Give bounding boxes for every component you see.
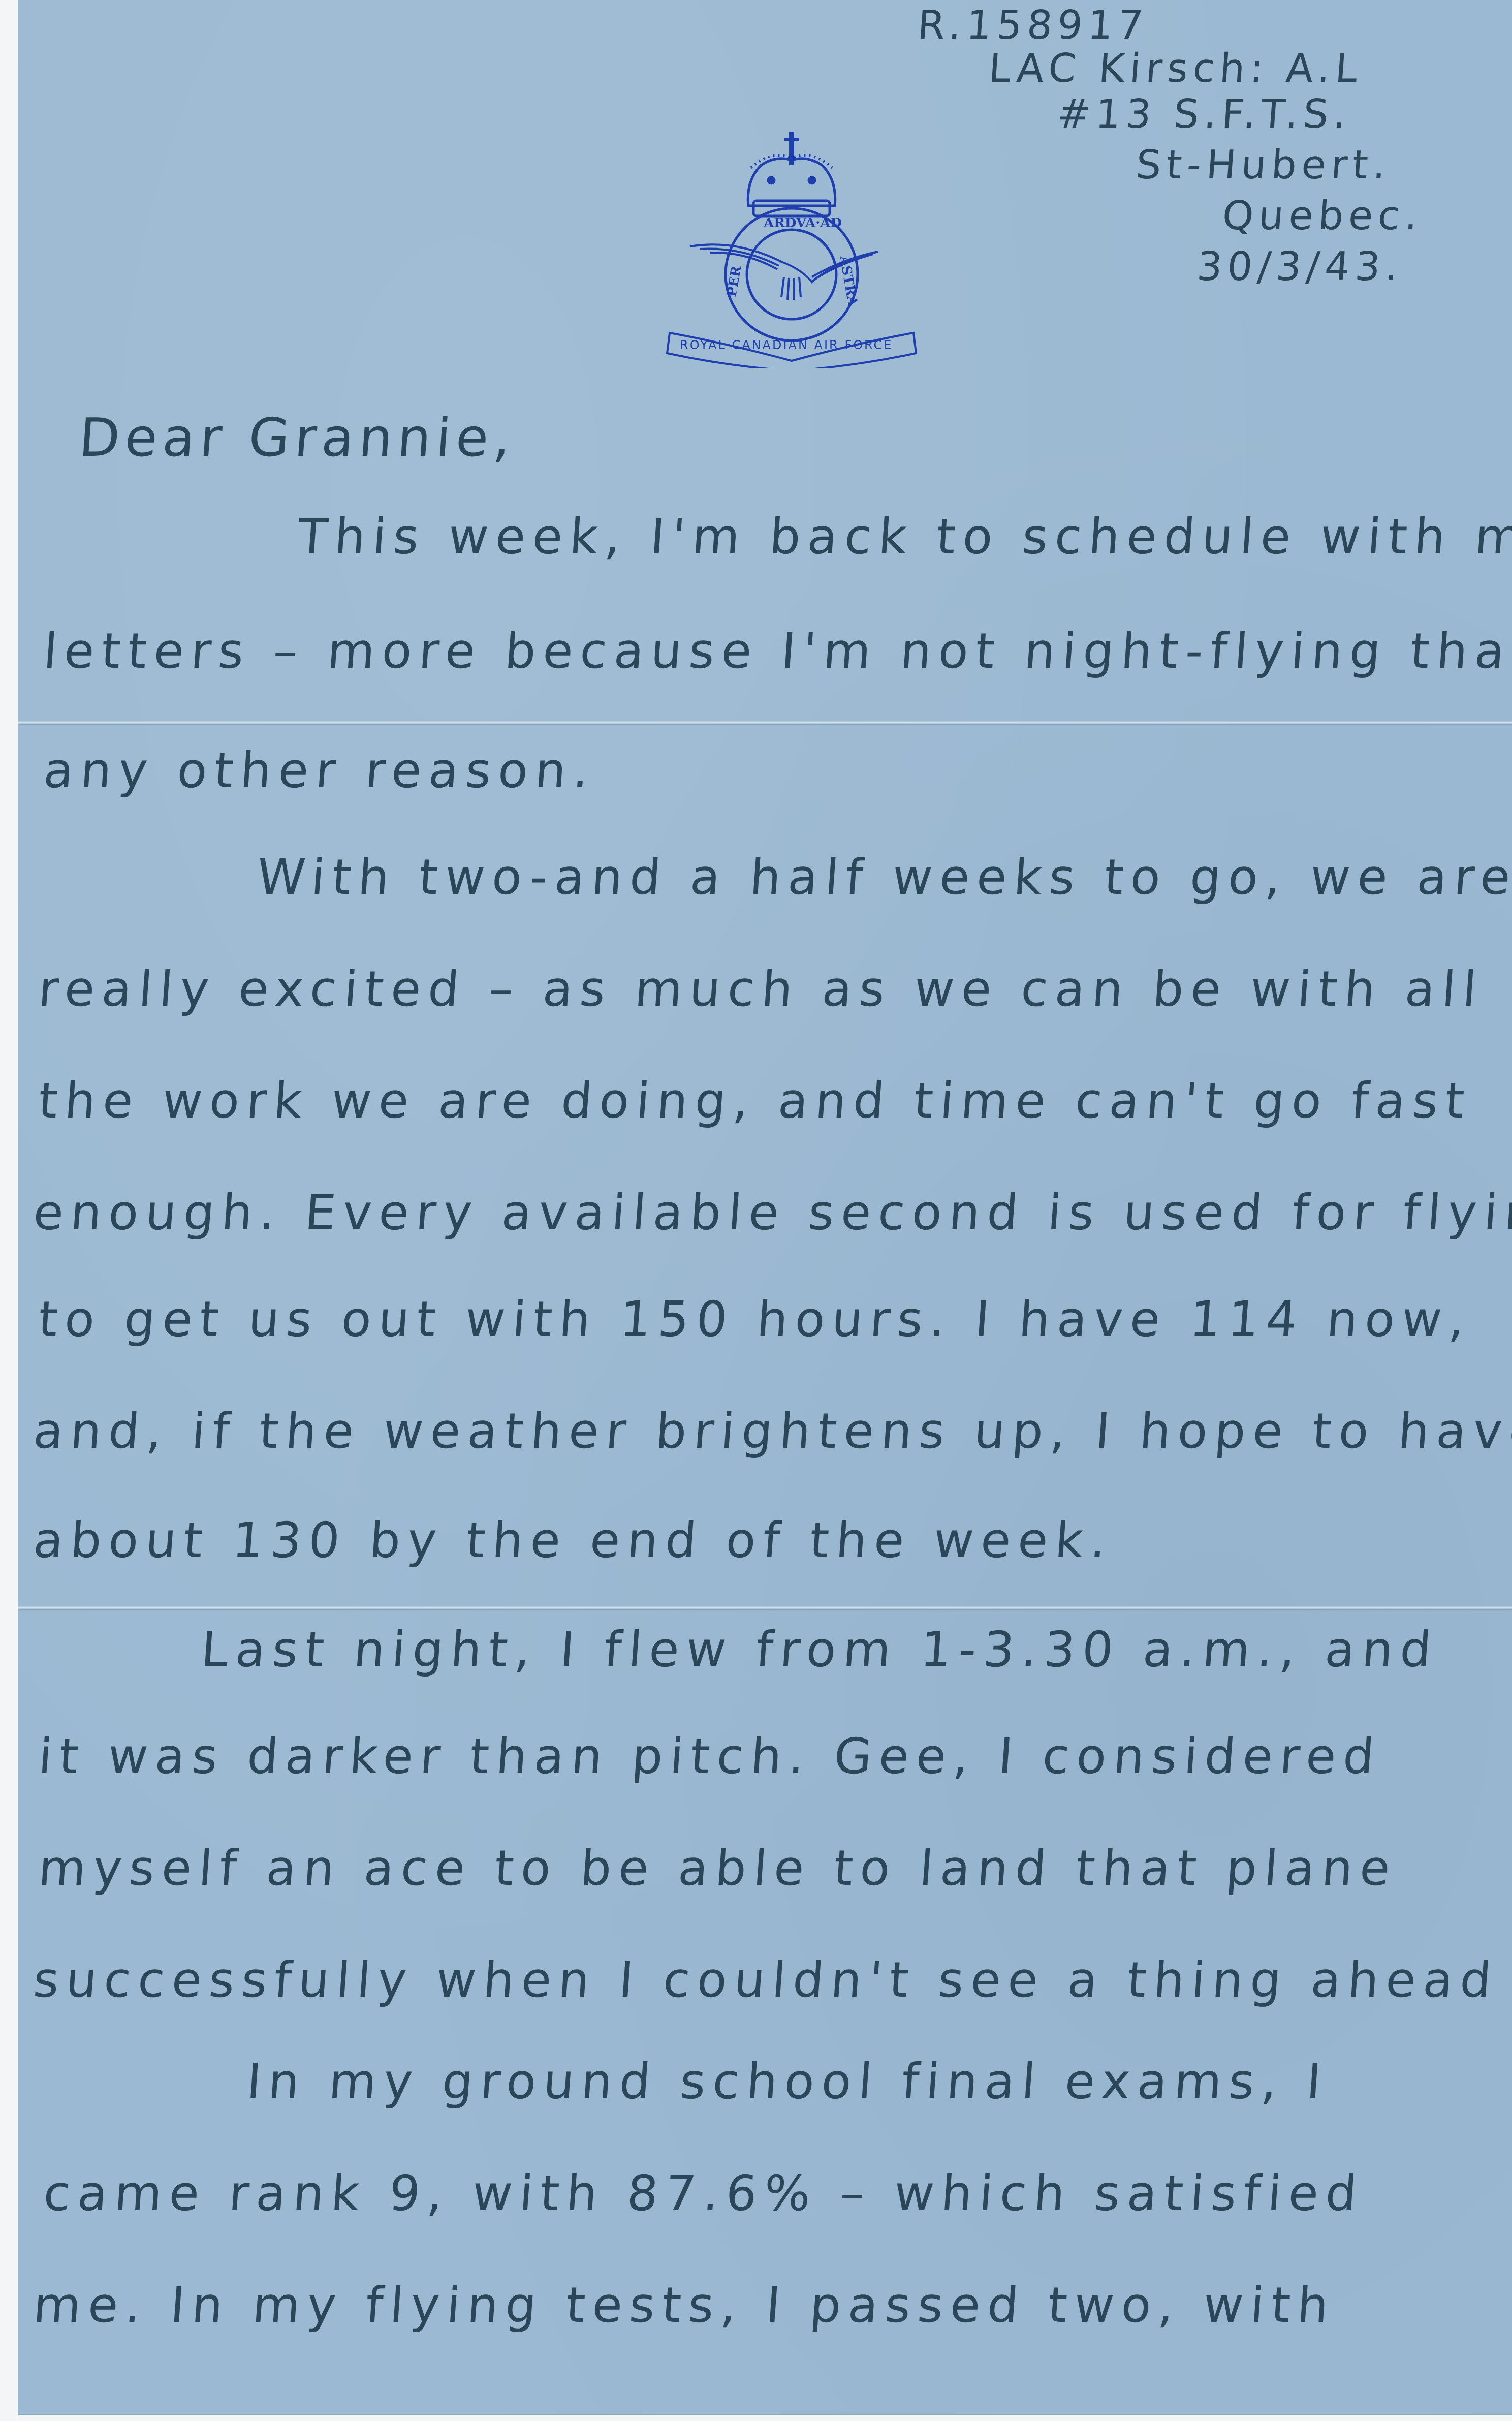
letter-line: and, if the weather brightens up, I hope…: [31, 1403, 1512, 1460]
letter-line: letters – more because I'm not night-fly…: [42, 623, 1512, 679]
svg-text:ARDVA·AD: ARDVA·AD: [763, 215, 842, 231]
letter-line: about 130 by the end of the week.: [31, 1512, 1115, 1569]
fold-crease-upper: [18, 721, 1512, 726]
crown-icon: [748, 132, 835, 216]
letter-line: successfully when I couldn't see a thing…: [31, 1951, 1500, 2008]
letter-line: enough. Every available second is used f…: [31, 1184, 1512, 1241]
letter-page: ARDVA·AD PER ASTRA ROYAL CANADIAN AIR FO…: [18, 0, 1512, 2415]
letter-line: This week, I'm back to schedule with my: [296, 508, 1512, 565]
sender-name: LAC Kirsch: A.L: [987, 46, 1364, 91]
crest-banner-text: ROYAL CANADIAN AIR FORCE: [680, 338, 893, 352]
sender-province: Quebec.: [1221, 193, 1424, 239]
letter-line: In my ground school final exams, I: [245, 2053, 1330, 2110]
salutation: Dear Grannie,: [77, 407, 518, 469]
letter-line: myself an ace to be able to land that pl…: [37, 1840, 1399, 1897]
letter-line: really excited – as much as we can be wi…: [37, 960, 1486, 1017]
service-number: R.158917: [916, 3, 1150, 48]
letter-line: me. In my flying tests, I passed two, wi…: [31, 2277, 1337, 2334]
letter-line: came rank 9, with 87.6% – which satisfie…: [42, 2165, 1366, 2222]
letter-line: it was darker than pitch. Gee, I conside…: [37, 1728, 1383, 1785]
letter-line: the work we are doing, and time can't go…: [37, 1072, 1473, 1129]
letter-line: to get us out with 150 hours. I have 114…: [37, 1291, 1473, 1348]
sender-unit: #13 S.F.T.S.: [1056, 91, 1353, 137]
sender-base: St-Hubert.: [1135, 142, 1393, 188]
letter-line: With two-and a half weeks to go, we are: [255, 849, 1512, 906]
fold-crease-lower: [18, 1606, 1512, 1611]
letter-line: any other reason.: [42, 742, 597, 799]
letter-date: 30/3/43.: [1195, 244, 1405, 290]
letter-line: Last night, I flew from 1-3.30 a.m., and: [199, 1621, 1440, 1678]
svg-text:PER: PER: [724, 265, 744, 298]
rcaf-crest-icon: ARDVA·AD PER ASTRA ROYAL CANADIAN AIR FO…: [659, 130, 924, 368]
